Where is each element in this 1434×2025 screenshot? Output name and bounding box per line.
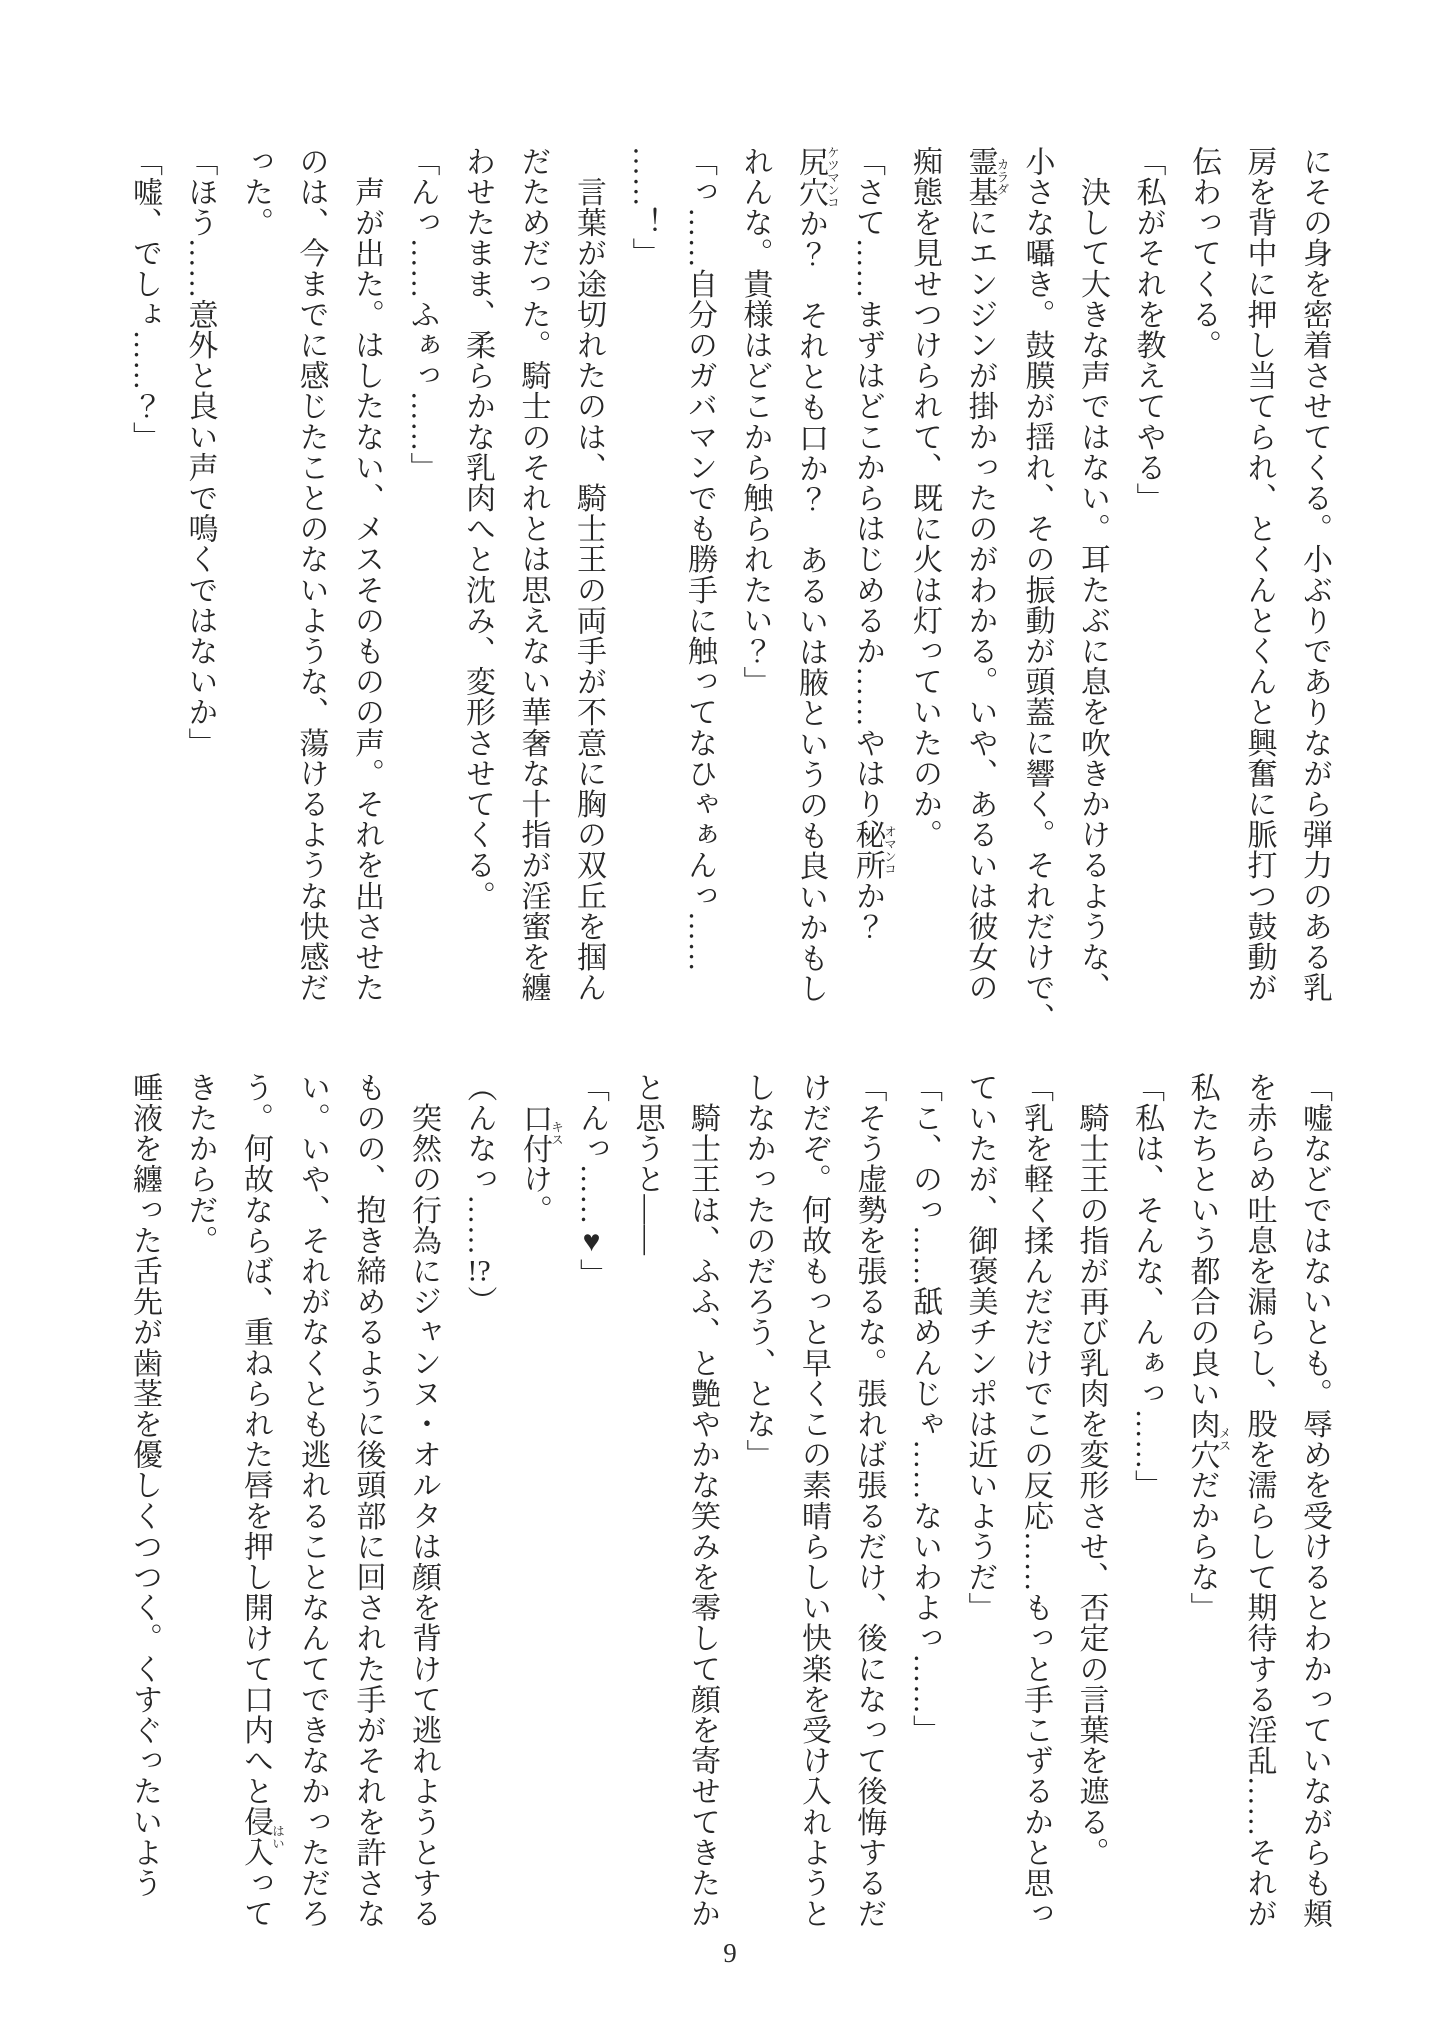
text-column: 騎士王は、ふふ、と艶やかな笑みを零して顔を寄せてきたか bbox=[675, 1072, 731, 1930]
text-column: ……！」 bbox=[616, 146, 672, 1004]
page-number: 9 bbox=[700, 1938, 760, 1969]
text-column: 「乳を軽く揉んだだけでこの反応……もっと手こずるかと思っ bbox=[1008, 1072, 1064, 1930]
text-column: 痴態を見せつけられて、既に火は灯っていたのか。 bbox=[897, 146, 953, 1004]
exclamation-question-tatechuyoko: !? bbox=[463, 1256, 496, 1286]
text-column: 騎士王の指が再び乳肉を変形させ、否定の言葉を遮る。 bbox=[1063, 1072, 1119, 1930]
bottom-text-block: 「嘘などではないとも。辱めを受けるとわかっていながらも頬を赤らめ吐息を漏らし、股… bbox=[117, 1072, 1343, 1930]
text-column: 「嘘、でしょ……？」 bbox=[117, 146, 173, 1004]
text-column: 小さな囁き。鼓膜が揺れ、その振動が頭蓋に響く。それだけで、 bbox=[1009, 146, 1065, 1004]
text-column: 私たちという都合の良い肉穴メスだからな」 bbox=[1174, 1072, 1231, 1930]
text-column: った。 bbox=[228, 146, 284, 1004]
top-text-block: にその身を密着させてくる。小ぶりでありながら弾力のある乳房を背中に押し当てられ、… bbox=[117, 146, 1343, 1004]
text-column: にその身を密着させてくる。小ぶりでありながら弾力のある乳 bbox=[1287, 146, 1343, 1004]
ruby-annotated-word: 侵入はい bbox=[239, 1806, 272, 1867]
ruby-annotated-word: 尻穴ケツマンコ bbox=[794, 146, 827, 208]
ruby-annotated-word: 口付キス bbox=[518, 1103, 551, 1164]
text-column: 「私がそれを教えてやる」 bbox=[1120, 146, 1176, 1004]
text-column: 突然の行為にジャンヌ・オルタは顔を背けて逃れようとする bbox=[396, 1072, 452, 1930]
text-column: 「さて……まずはどこからはじめるか……やはり秘所オマンコか？ bbox=[840, 146, 897, 1004]
text-column: 尻穴ケツマンコか？ それとも口か？ あるいは腋というのも良いかもし bbox=[783, 146, 840, 1004]
text-column: 口付キスけ。 bbox=[507, 1072, 564, 1930]
text-column: い。いや、それがなくとも逃れることなんてできなかっただろ bbox=[285, 1072, 341, 1930]
text-column: ものの、抱き締めるように後頭部に回された手がそれを許さな bbox=[340, 1072, 396, 1930]
text-column: けだぞ。何故もっと早くこの素晴らしい快楽を受け入れようと bbox=[786, 1072, 842, 1930]
text-column: 「ほう……意外と良い声で鳴くではないか」 bbox=[172, 146, 228, 1004]
text-column: 房を背中に押し当てられ、とくんとくんと興奮に脈打つ鼓動が bbox=[1231, 146, 1287, 1004]
text-column: のは、今までに感じたことのないような、蕩けるような快感だ bbox=[283, 146, 339, 1004]
text-column: 「私は、そんな、んぁっ……」 bbox=[1119, 1072, 1175, 1930]
text-column: と思うと―― bbox=[619, 1072, 675, 1930]
text-column: 言葉が途切れたのは、騎士王の両手が不意に胸の双丘を掴ん bbox=[561, 146, 617, 1004]
text-column: 霊基カラダにエンジンが掛かったのがわかる。いや、あるいは彼女の bbox=[952, 146, 1009, 1004]
ruby-annotated-word: 霊基カラダ bbox=[964, 146, 997, 207]
text-column: 声が出た。はしたない、メスそのものの声。それを出させた bbox=[339, 146, 395, 1004]
text-column: 「そう虚勢を張るな。張れば張るだけ、後になって後悔するだ bbox=[841, 1072, 897, 1930]
text-column: 唾液を纏った舌先が歯茎を優しくつつく。くすぐったいよう bbox=[117, 1072, 173, 1930]
text-column: しなかったのだろう、とな」 bbox=[730, 1072, 786, 1930]
text-column: 「嘘などではないとも。辱めを受けるとわかっていながらも頬 bbox=[1287, 1072, 1343, 1930]
text-column: れんな。貴様はどこから触られたい？」 bbox=[727, 146, 783, 1004]
text-column: 決して大きな声ではない。耳たぶに息を吹きかけるような、 bbox=[1065, 146, 1121, 1004]
text-column: ていたが、御褒美チンポは近いようだ」 bbox=[952, 1072, 1008, 1930]
novel-page: にその身を密着させてくる。小ぶりでありながら弾力のある乳房を背中に押し当てられ、… bbox=[0, 0, 1434, 2025]
text-column: う。何故ならば、重ねられた唇を押し開けて口内へと侵入はいって bbox=[228, 1072, 285, 1930]
text-column: 「んっ……ふぁっ……」 bbox=[394, 146, 450, 1004]
text-column: 「っ……自分のガバマンでも勝手に触ってなひゃぁんっ…… bbox=[672, 146, 728, 1004]
text-column: を赤らめ吐息を漏らし、股を濡らして期待する淫乱……それが bbox=[1231, 1072, 1287, 1930]
text-column: 伝わってくる。 bbox=[1176, 146, 1232, 1004]
text-column: きたからだ。 bbox=[172, 1072, 228, 1930]
text-column: 「こ、のっ……舐めんじゃ……ないわよっ……」 bbox=[897, 1072, 953, 1930]
ruby-annotated-word: 秘所オマンコ bbox=[851, 819, 884, 880]
text-column: だためだった。騎士のそれとは思えない華奢な十指が淫蜜を纏 bbox=[505, 146, 561, 1004]
text-column: わせたまま、柔らかな乳肉へと沈み、変形させてくる。 bbox=[450, 146, 506, 1004]
text-column: 「んっ……♥」 bbox=[564, 1072, 620, 1930]
text-column: （んなっ……!?） bbox=[451, 1072, 507, 1930]
ruby-annotated-word: 肉穴メス bbox=[1186, 1409, 1219, 1470]
